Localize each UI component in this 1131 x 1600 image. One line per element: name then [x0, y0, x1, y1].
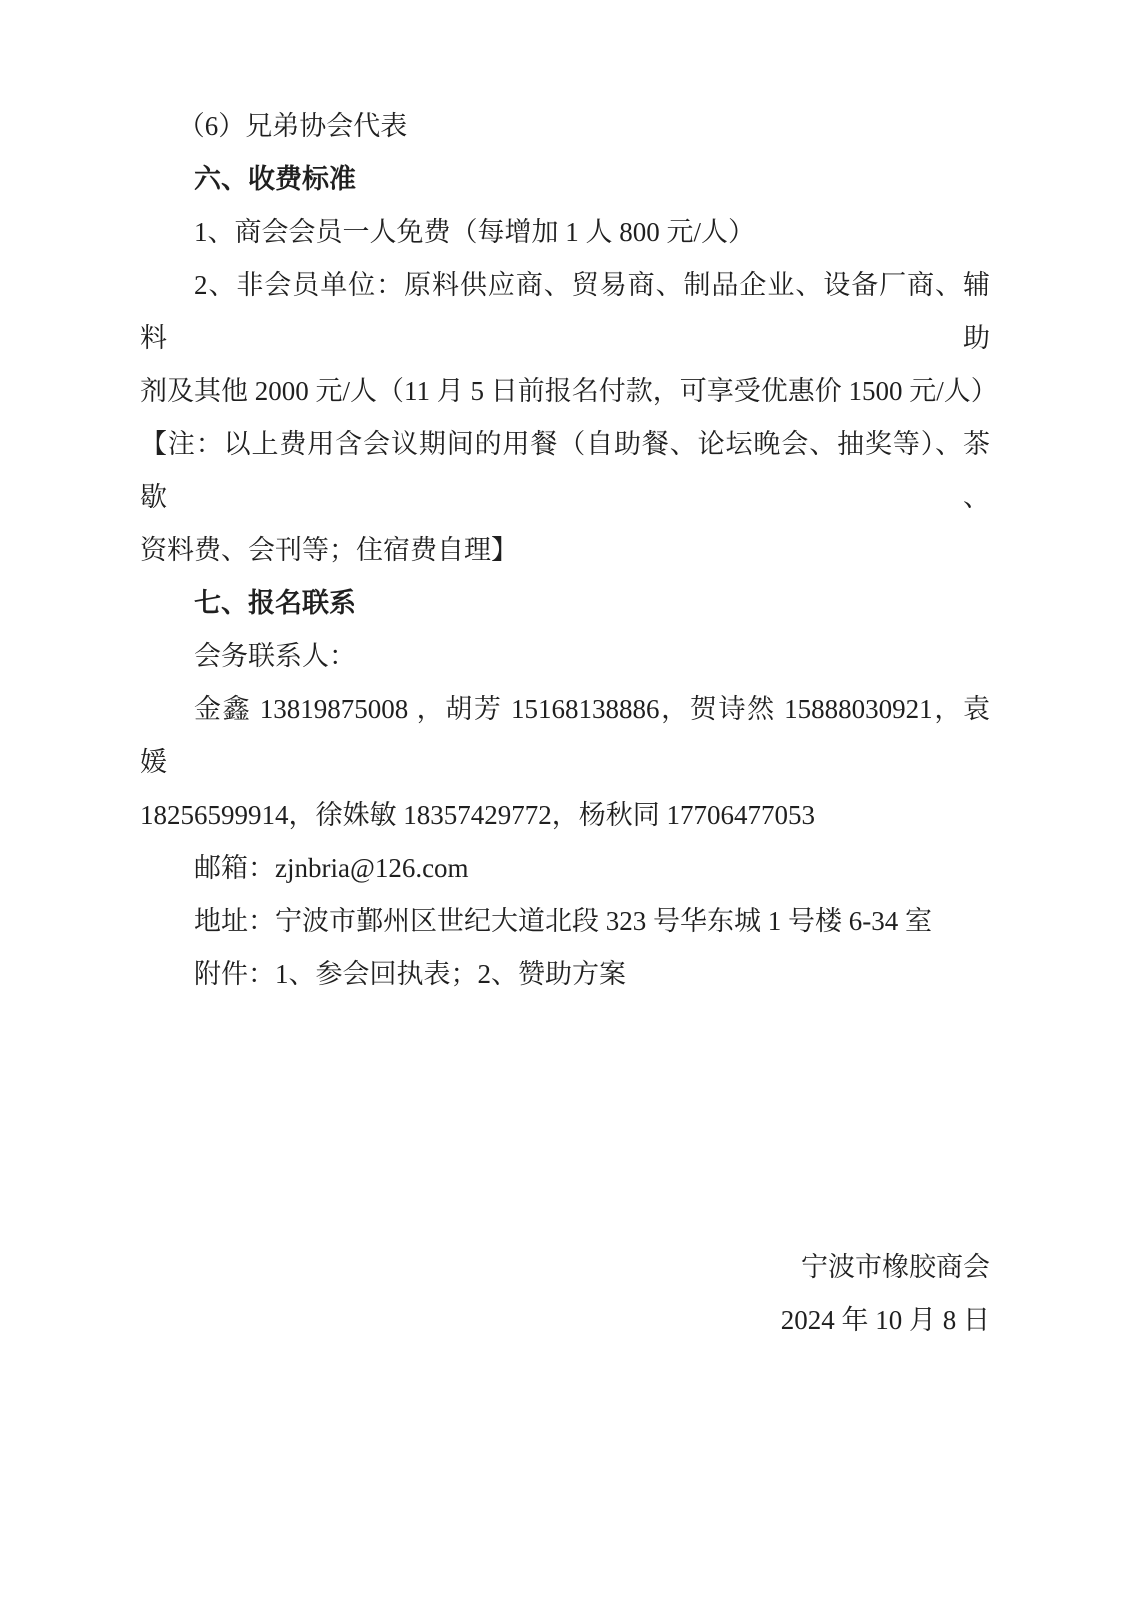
- fee-item-nonmember-line-2: 剂及其他 2000 元/人（11 月 5 日前报名付款，可享受优惠价 1500 …: [140, 365, 990, 418]
- email-line: 邮箱：zjnbria@126.com: [140, 842, 990, 895]
- contact-persons-line-1: 金鑫 13819875008 ，胡芳 15168138886，贺诗然 15888…: [140, 683, 990, 789]
- signature-block: 宁波市橡胶商会 2024 年 10 月 8 日: [140, 1241, 990, 1347]
- document-page: （6）兄弟协会代表 六、收费标准 1、商会会员一人免费（每增加 1 人 800 …: [0, 0, 1131, 1600]
- fee-note-line-1: 【注：以上费用含会议期间的用餐（自助餐、论坛晚会、抽奖等）、茶歇、: [140, 418, 990, 524]
- signature-organization: 宁波市橡胶商会: [140, 1241, 990, 1294]
- contact-persons-label: 会务联系人：: [140, 630, 990, 683]
- fee-note-line-2: 资料费、会刊等；住宿费自理】: [140, 524, 990, 577]
- heading-registration-contact: 七、报名联系: [140, 577, 990, 630]
- address-line: 地址：宁波市鄞州区世纪大道北段 323 号华东城 1 号楼 6-34 室: [140, 895, 990, 948]
- list-item-brother-associations: （6）兄弟协会代表: [140, 100, 990, 153]
- document-body: （6）兄弟协会代表 六、收费标准 1、商会会员一人免费（每增加 1 人 800 …: [140, 100, 990, 1347]
- fee-item-member: 1、商会会员一人免费（每增加 1 人 800 元/人）: [140, 206, 990, 259]
- heading-fee-standard: 六、收费标准: [140, 153, 990, 206]
- fee-item-nonmember-line-1: 2、非会员单位：原料供应商、贸易商、制品企业、设备厂商、辅料助: [140, 259, 990, 365]
- contact-persons-line-2: 18256599914，徐姝敏 18357429772，杨秋同 17706477…: [140, 789, 990, 842]
- signature-date: 2024 年 10 月 8 日: [140, 1294, 990, 1347]
- attachments-line: 附件：1、参会回执表；2、赞助方案: [140, 948, 990, 1001]
